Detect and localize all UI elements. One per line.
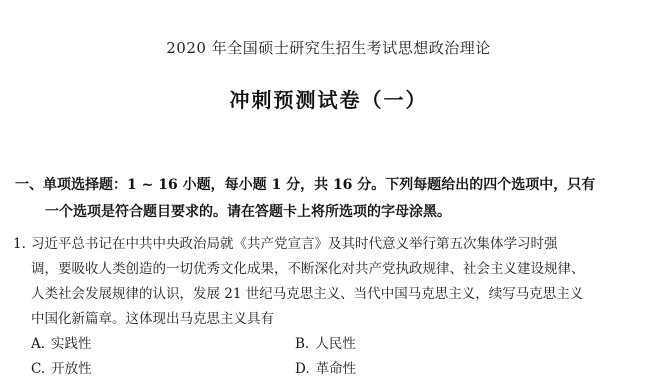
option-d[interactable]: D.革命性	[295, 357, 356, 380]
option-b[interactable]: B.人民性	[295, 332, 356, 357]
section-heading-line-1: 一、单项选择题：1 ~ 16 小题，每小题 1 分，共 16 分。下列每题给出的…	[15, 172, 645, 199]
question-stem-text: 习近平总书记在中共中央政治局就《共产党宣言》及其时代意义举行第五次集体学习时强	[31, 236, 558, 252]
question-number: 1.	[13, 232, 31, 257]
option-text: 开放性	[51, 361, 92, 377]
option-letter: A.	[31, 332, 45, 357]
question-1: 1.习近平总书记在中共中央政治局就《共产党宣言》及其时代意义举行第五次集体学习时…	[13, 232, 643, 332]
option-text: 革命性	[316, 361, 357, 377]
option-letter: B.	[295, 332, 309, 357]
option-text: 实践性	[51, 336, 92, 352]
question-stem-line: 中国化新篇章。这体现出马克思主义具有	[13, 307, 643, 332]
question-1-options: A.实践性 B.人民性 C.开放性 D.革命性	[31, 332, 631, 380]
question-stem-line: 1.习近平总书记在中共中央政治局就《共产党宣言》及其时代意义举行第五次集体学习时…	[13, 232, 643, 257]
question-stem-line: 人类社会发展规律的认识，发展 21 世纪马克思主义、当代中国马克思主义，续写马克…	[13, 282, 643, 307]
section-instructions: 一、单项选择题：1 ~ 16 小题，每小题 1 分，共 16 分。下列每题给出的…	[15, 172, 645, 226]
option-c[interactable]: C.开放性	[31, 357, 92, 380]
exam-subtitle: 2020 年全国硕士研究生招生考试思想政治理论	[0, 37, 657, 58]
question-stem-line: 调，要吸收人类创造的一切优秀文化成果，不断深化对共产党执政规律、社会主义建设规律…	[13, 257, 643, 282]
section-heading-line-2: 一个选项是符合题目要求的。请在答题卡上将所选项的字母涂黑。	[15, 199, 645, 226]
option-a[interactable]: A.实践性	[31, 332, 92, 357]
options-row: A.实践性 B.人民性	[31, 332, 631, 357]
exam-page: 2020 年全国硕士研究生招生考试思想政治理论 冲刺预测试卷（一） 一、单项选择…	[0, 0, 657, 380]
option-letter: C.	[31, 357, 45, 380]
options-row: C.开放性 D.革命性	[31, 357, 631, 380]
option-text: 人民性	[315, 336, 356, 352]
option-letter: D.	[295, 357, 310, 380]
exam-title: 冲刺预测试卷（一）	[0, 84, 657, 113]
